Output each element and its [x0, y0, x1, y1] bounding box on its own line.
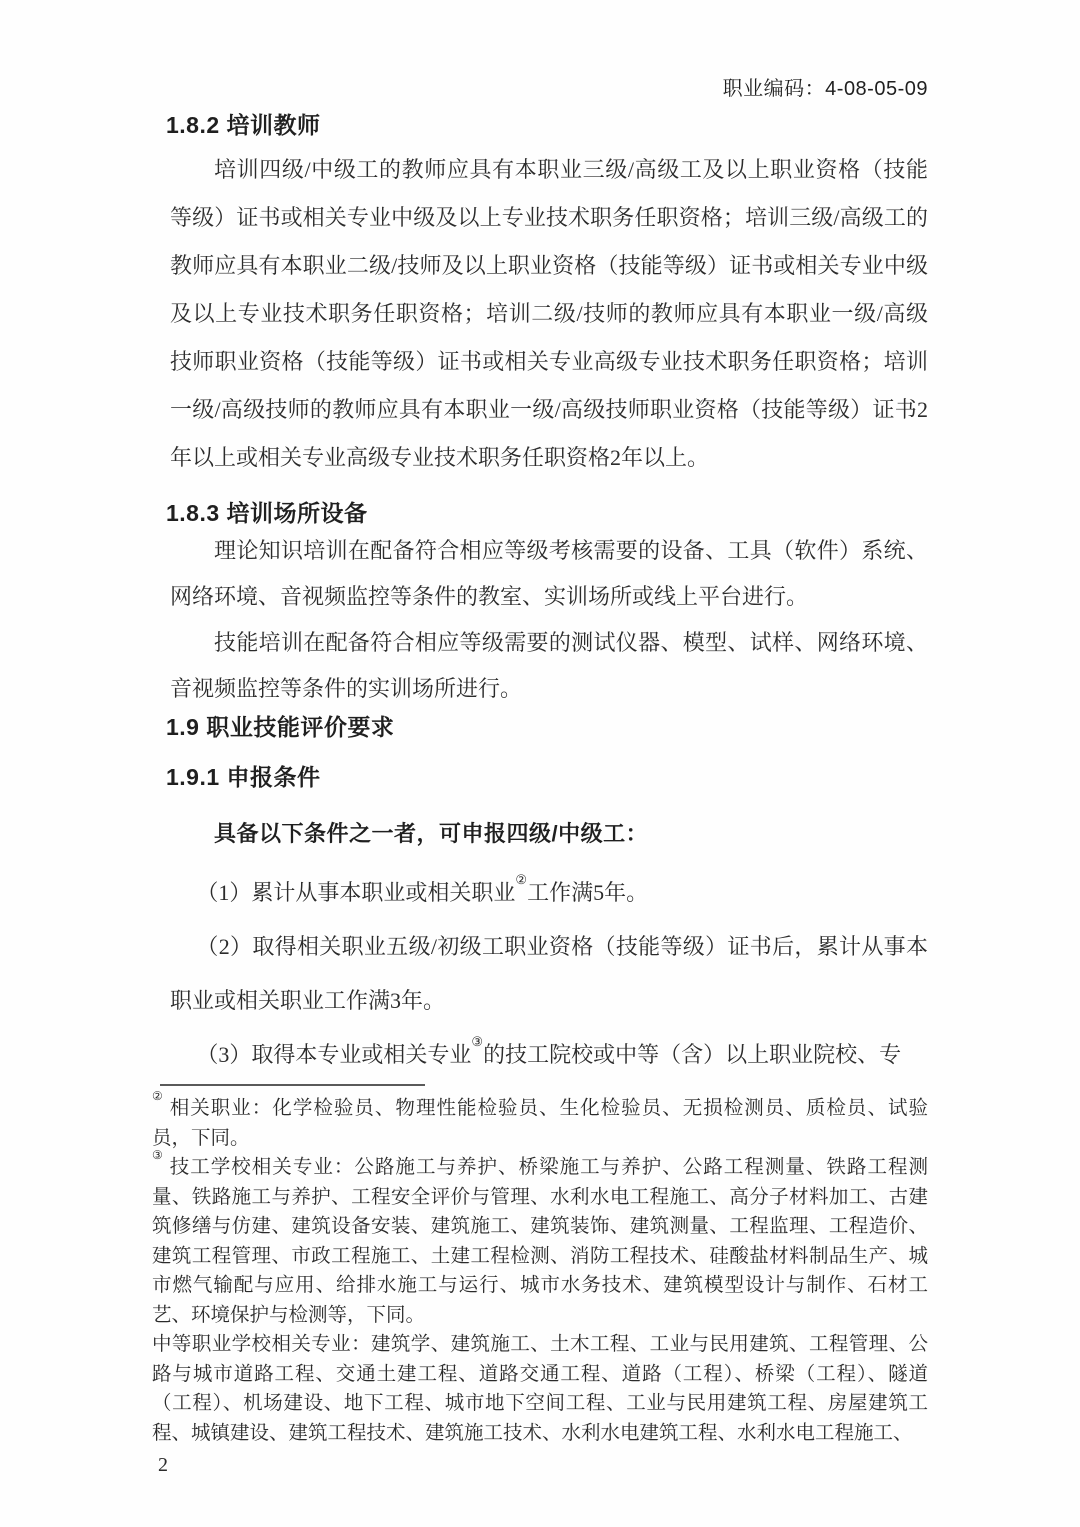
footnote-2-marker: ②: [152, 1089, 164, 1103]
footnote-3-marker: ③: [152, 1148, 164, 1162]
condition-item-3-text-tail: 的技工院校或中等（含）以上职业院校、专: [483, 1042, 901, 1067]
condition-item-2: （2）取得相关职业五级/初级工职业资格（技能等级）证书后，累计从事本职业或相关职…: [170, 920, 928, 1028]
occupation-code: 职业编码：4-08-05-09: [152, 76, 928, 102]
footnote-3: ③ 技工学校相关专业：公路施工与养护、桥梁施工与养护、公路工程测量、铁路工程测量…: [152, 1153, 928, 1330]
footnote-ref-3: ③: [471, 1034, 483, 1049]
document-page: 职业编码：4-08-05-09 1.8.2 培训教师 培训四级/中级工的教师应具…: [0, 0, 1080, 1527]
footnote-separator: [160, 1084, 425, 1086]
section-1-9-1-title: 1.9.1 申报条件: [166, 762, 928, 792]
condition-item-1: （1）累计从事本职业或相关职业②工作满5年。: [170, 866, 928, 920]
footnote-2-text: 相关职业：化学检验员、物理性能检验员、生化检验员、无损检测员、质检员、试验员，下…: [152, 1098, 928, 1149]
footnote-ref-2: ②: [515, 872, 527, 887]
section-1-8-2-title: 1.8.2 培训教师: [166, 110, 928, 140]
footnotes-block: ② 相关职业：化学检验员、物理性能检验员、生化检验员、无损检测员、质检员、试验员…: [152, 1094, 928, 1448]
footnote-secondary: 中等职业学校相关专业：建筑学、建筑施工、土木工程、工业与民用建筑、工程管理、公路…: [152, 1330, 928, 1448]
condition-item-1-text-tail: 工作满5年。: [527, 880, 648, 905]
page-number: 2: [158, 1452, 928, 1478]
section-1-8-3-title: 1.8.3 培训场所设备: [166, 498, 928, 528]
section-1-8-2-paragraph: 培训四级/中级工的教师应具有本职业三级/高级工及以上职业资格（技能等级）证书或相…: [170, 146, 928, 482]
condition-item-1-text: （1）累计从事本职业或相关职业: [196, 880, 515, 905]
application-conditions-intro: 具备以下条件之一者，可申报四级/中级工：: [170, 818, 928, 850]
footnote-3-text: 技工学校相关专业：公路施工与养护、桥梁施工与养护、公路工程测量、铁路工程测量、铁…: [152, 1157, 928, 1326]
footnote-secondary-text: 中等职业学校相关专业：建筑学、建筑施工、土木工程、工业与民用建筑、工程管理、公路…: [152, 1334, 928, 1444]
condition-item-3-text: （3）取得本专业或相关专业: [196, 1042, 471, 1067]
section-1-8-3-paragraph-1: 理论知识培训在配备符合相应等级考核需要的设备、工具（软件）系统、网络环境、音视频…: [170, 528, 928, 620]
footnote-2: ② 相关职业：化学检验员、物理性能检验员、生化检验员、无损检测员、质检员、试验员…: [152, 1094, 928, 1153]
section-1-8-3-paragraph-2: 技能培训在配备符合相应等级需要的测试仪器、模型、试样、网络环境、音视频监控等条件…: [170, 620, 928, 712]
section-1-9-title: 1.9 职业技能评价要求: [166, 712, 928, 742]
condition-item-3: （3）取得本专业或相关专业③的技工院校或中等（含）以上职业院校、专: [170, 1028, 928, 1082]
